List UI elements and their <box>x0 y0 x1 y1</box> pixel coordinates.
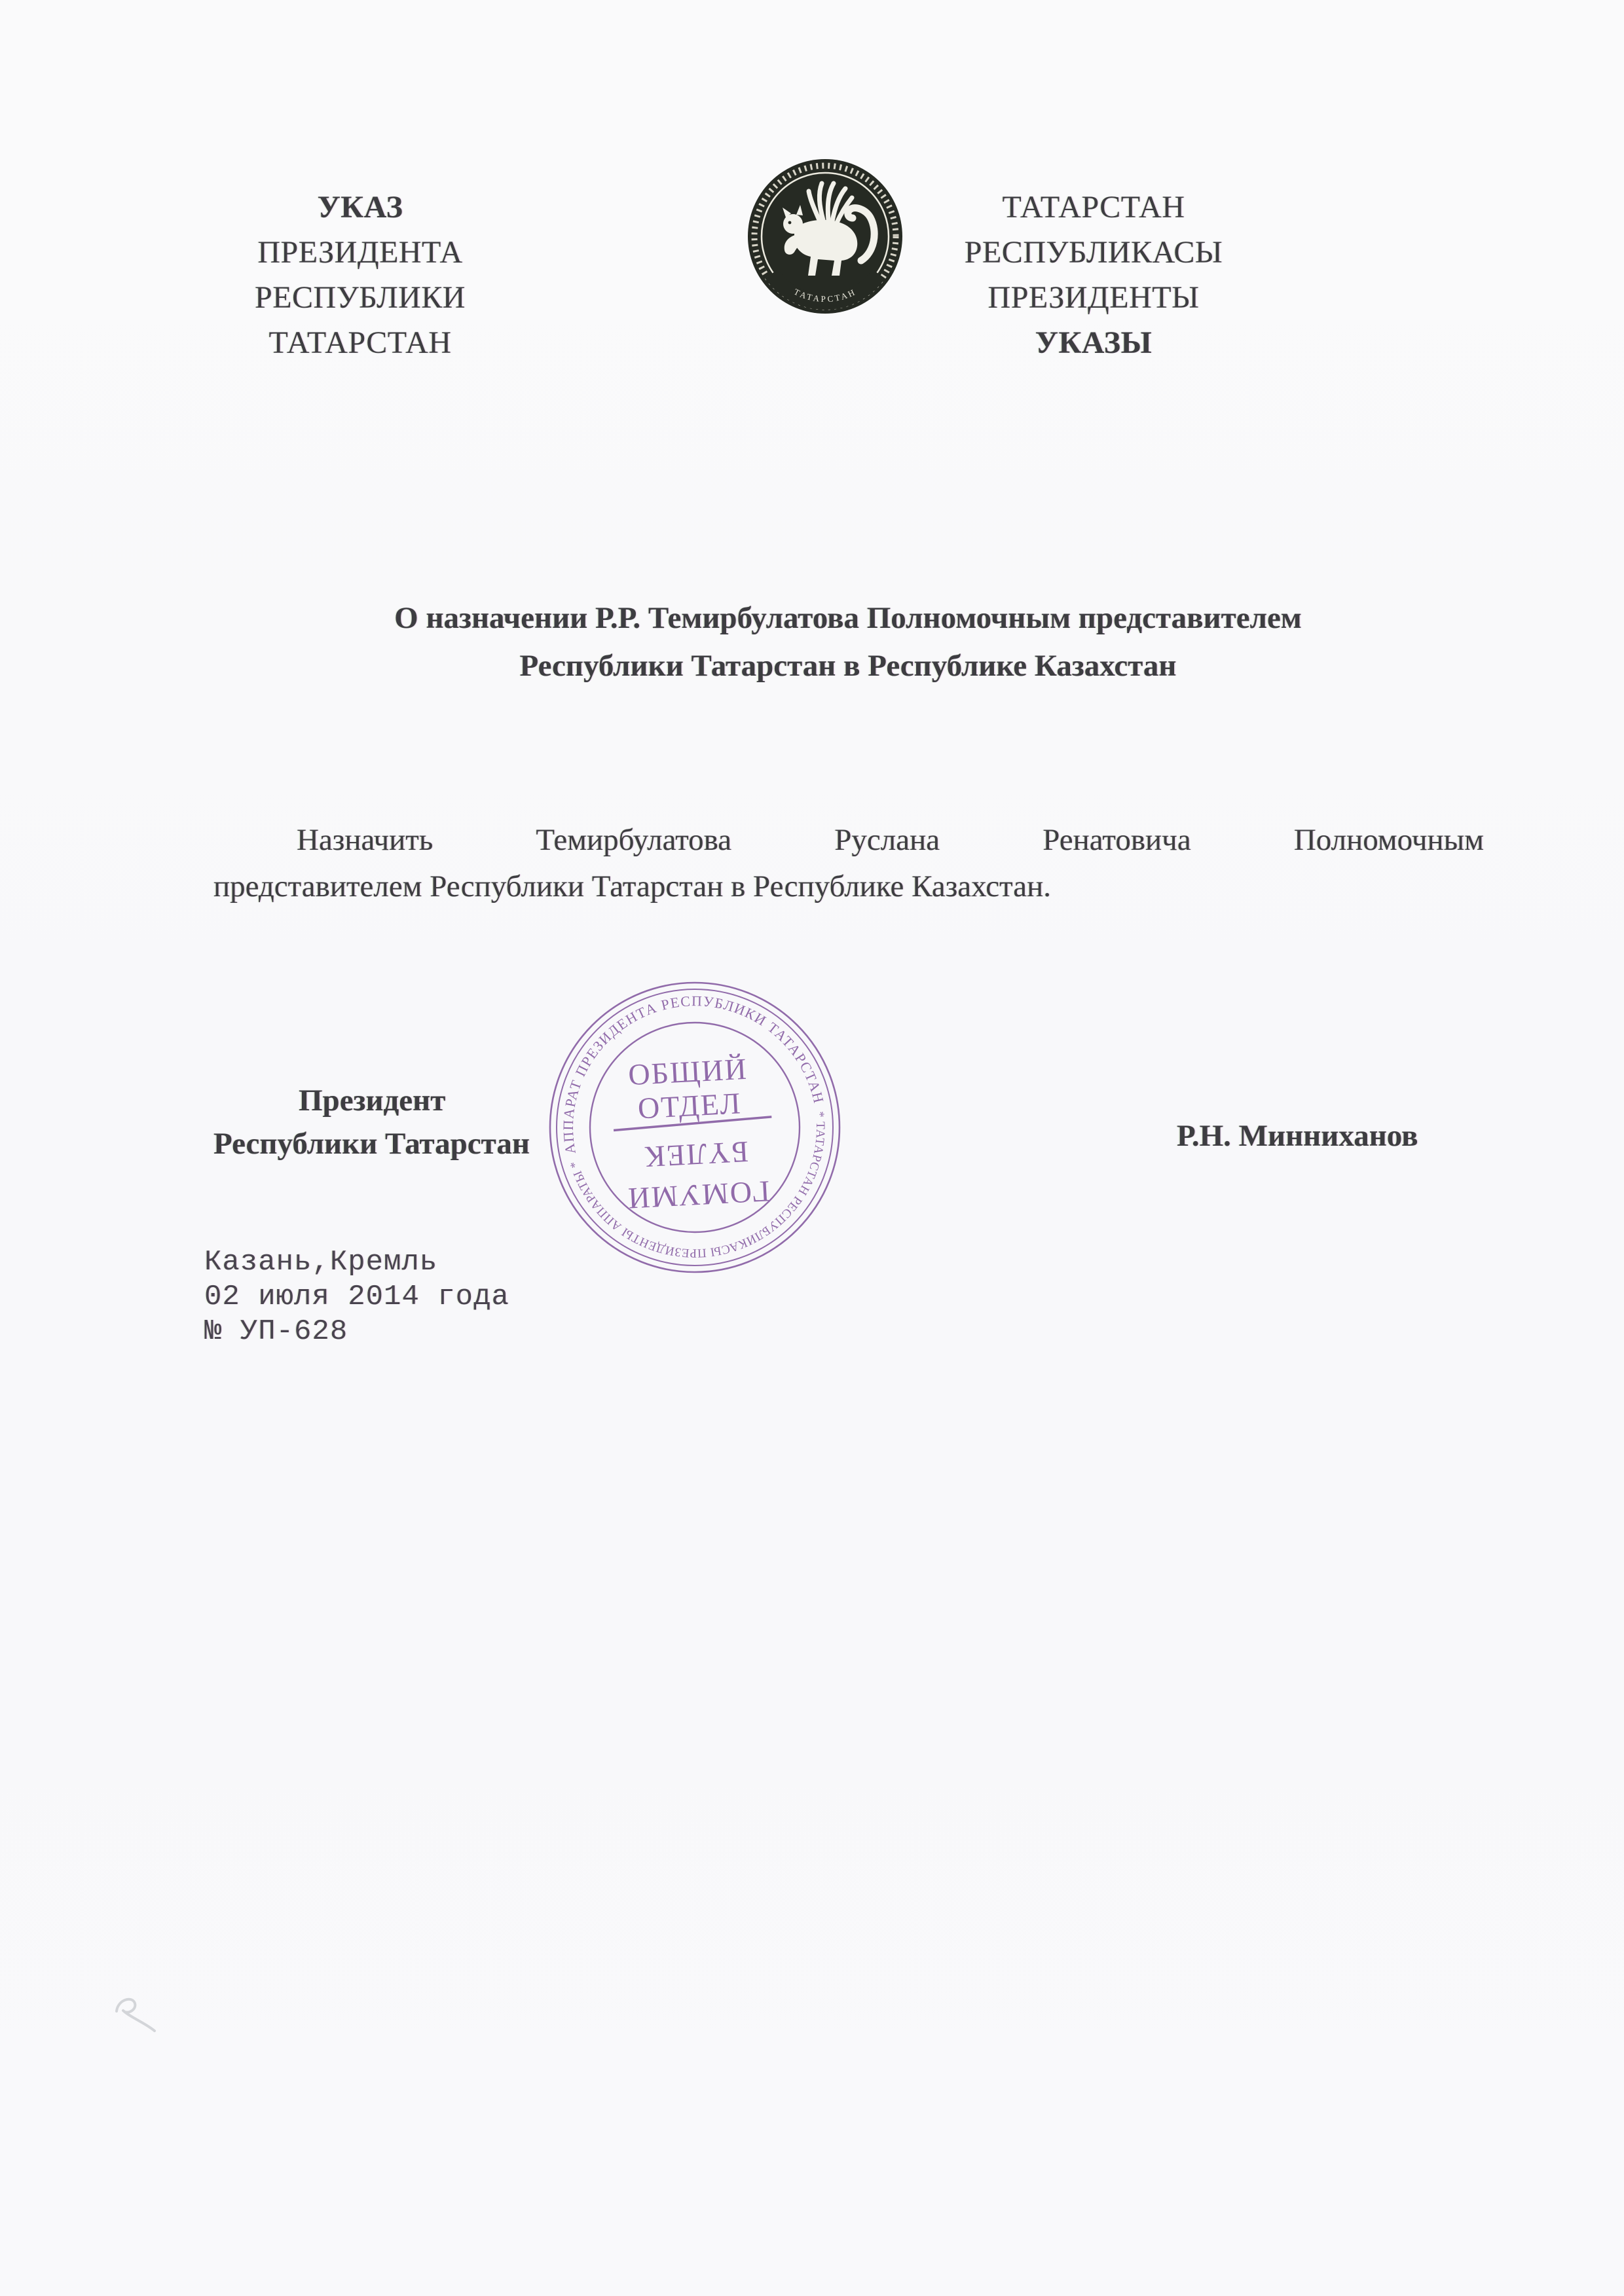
decree-body-line1: Назначить Темирбулатова Руслана Ренатови… <box>213 817 1484 864</box>
decree-document-page: УКАЗ ПРЕЗИДЕНТА РЕСПУБЛИКИ ТАТАРСТАН <box>0 0 1624 2296</box>
stamp-circles <box>550 983 840 1272</box>
decree-body: Назначить Темирбулатова Руслана Ренатови… <box>213 817 1484 910</box>
stamp-center-block: ОБЩИЙ ОТДЕЛ БҮЛЕК ГОМУМИ <box>610 1051 776 1216</box>
stamp-ring-text: АППАРАТ ПРЕЗИДЕНТА РЕСПУБЛИКИ ТАТАРСТАН … <box>560 993 827 1260</box>
stamp-flipped-text: БҮЛЕК ГОМУМИ <box>624 1134 771 1215</box>
emblem-svg: ТАТАРСТАН <box>746 157 904 316</box>
letterhead-right-line3: УКАЗЫ <box>930 320 1257 365</box>
smudge-stroke <box>117 1999 155 2031</box>
stamp-center-line1: ОБЩИЙ <box>627 1052 748 1091</box>
letterhead-left-line3: РЕСПУБЛИКИ ТАТАРСТАН <box>210 275 511 365</box>
letterhead-right-line2: ПРЕЗИДЕНТЫ <box>930 275 1257 320</box>
footer-number: № УП-628 <box>204 1315 509 1349</box>
stamp-center-line2: ОТДЕЛ <box>637 1086 743 1125</box>
letterhead-left-line1: УКАЗ <box>210 185 511 230</box>
decree-title-line2: Республики Татарстан в Республике Казахс… <box>275 642 1421 690</box>
signatory-name: Р.Н. Минниханов <box>1177 1118 1418 1154</box>
letterhead-right: ТАТАРСТАН РЕСПУБЛИКАСЫ ПРЕЗИДЕНТЫ УКАЗЫ <box>930 185 1257 365</box>
letterhead-right-line1: ТАТАРСТАН РЕСПУБЛИКАСЫ <box>930 185 1257 275</box>
letterhead-left-line2: ПРЕЗИДЕНТА <box>210 230 511 275</box>
stamp-flipped-line1: БҮЛЕК <box>643 1135 749 1174</box>
stamp-flipped-line2: ГОМУМИ <box>626 1175 771 1215</box>
footer-details: Казань,Кремль 02 июля 2014 года № УП-628 <box>204 1245 509 1349</box>
pencil-smudge-mark <box>105 1984 177 2049</box>
official-stamp: АППАРАТ ПРЕЗИДЕНТА РЕСПУБЛИКИ ТАТАРСТАН … <box>545 978 844 1277</box>
footer-place: Казань,Кремль <box>204 1245 509 1280</box>
tatarstan-coat-of-arms-icon: ТАТАРСТАН <box>746 157 904 316</box>
decree-body-line2: представителем Республики Татарстан в Ре… <box>213 864 1484 910</box>
decree-title-line1: О назначении Р.Р. Темирбулатова Полномоч… <box>275 594 1421 642</box>
letterhead-left: УКАЗ ПРЕЗИДЕНТА РЕСПУБЛИКИ ТАТАРСТАН <box>210 185 511 365</box>
footer-date: 02 июля 2014 года <box>204 1280 509 1315</box>
leopard-eye <box>788 221 792 225</box>
decree-title: О назначении Р.Р. Темирбулатова Полномоч… <box>275 594 1421 690</box>
